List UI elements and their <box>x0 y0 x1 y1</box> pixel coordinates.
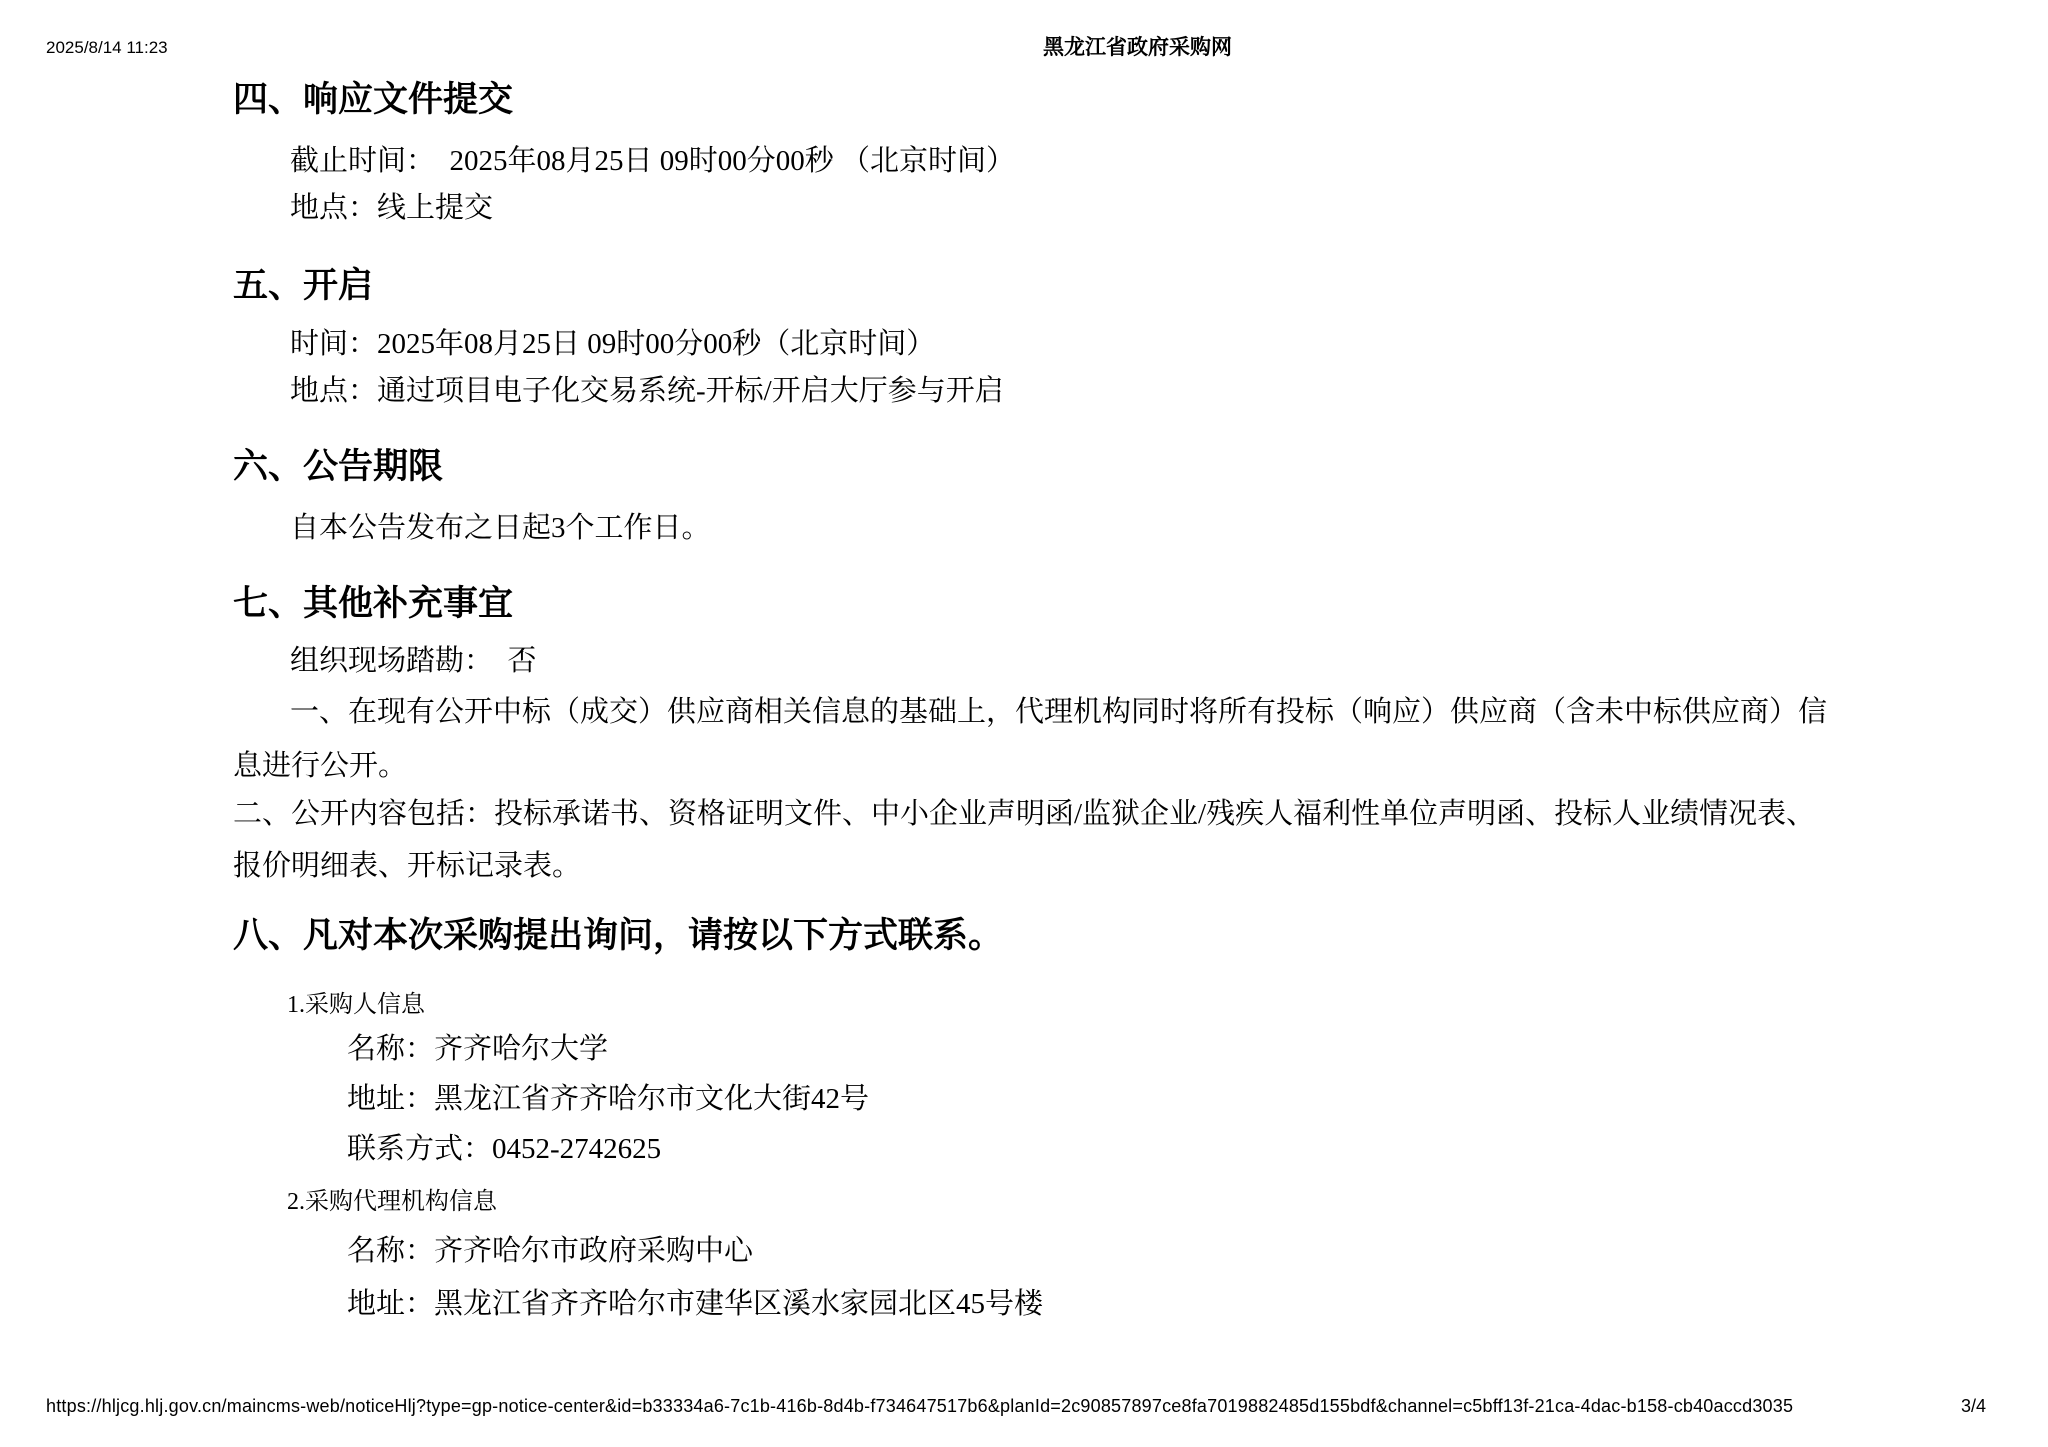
opening-location-line: 地点：通过项目电子化交易系统-开标/开启大厅参与开启 <box>290 377 1004 406</box>
submission-location-line: 地点：线上提交 <box>290 194 493 223</box>
print-page: 2025/8/14 11:23 黑龙江省政府采购网 四、响应文件提交 截止时间：… <box>0 0 2048 1447</box>
print-header-site-title: 黑龙江省政府采购网 <box>1043 31 1232 61</box>
section-heading-opening: 五、开启 <box>233 268 373 303</box>
site-survey-line: 组织现场踏勘： 否 <box>290 647 537 676</box>
section-heading-inquiry-contacts: 八、凡对本次采购提出询问，请按以下方式联系。 <box>233 918 1003 953</box>
section-heading-announcement-period: 六、公告期限 <box>233 449 443 484</box>
print-footer-url: https://hljcg.hlj.gov.cn/maincms-web/not… <box>46 1396 1793 1417</box>
other-matters-para1-line1: 一、在现有公开中标（成交）供应商相关信息的基础上，代理机构同时将所有投标（响应）… <box>290 698 1827 727</box>
purchaser-info-label: 1.采购人信息 <box>287 993 425 1017</box>
agency-info-label: 2.采购代理机构信息 <box>287 1190 497 1214</box>
section-heading-response-file-submission: 四、响应文件提交 <box>233 82 513 117</box>
announcement-period-line: 自本公告发布之日起3个工作日。 <box>290 514 711 543</box>
purchaser-address-line: 地址：黑龙江省齐齐哈尔市文化大街42号 <box>347 1085 869 1114</box>
submission-deadline-line: 截止时间： 2025年08月25日 09时00分00秒 （北京时间） <box>290 147 1015 176</box>
agency-address-line: 地址：黑龙江省齐齐哈尔市建华区溪水家园北区45号楼 <box>347 1290 1043 1319</box>
opening-time-line: 时间：2025年08月25日 09时00分00秒（北京时间） <box>290 330 935 359</box>
other-matters-para2-line1: 二、公开内容包括：投标承诺书、资格证明文件、中小企业声明函/监狱企业/残疾人福利… <box>233 800 1815 829</box>
section-heading-other-matters: 七、其他补充事宜 <box>233 586 513 621</box>
other-matters-para1-line2: 息进行公开。 <box>233 752 407 781</box>
other-matters-para2-line2: 报价明细表、开标记录表。 <box>233 852 581 881</box>
purchaser-name-line: 名称：齐齐哈尔大学 <box>347 1035 608 1064</box>
print-header-date: 2025/8/14 11:23 <box>46 38 168 58</box>
print-footer-page-indicator: 3/4 <box>1961 1396 1986 1417</box>
agency-name-line: 名称：齐齐哈尔市政府采购中心 <box>347 1237 753 1266</box>
purchaser-phone-line: 联系方式：0452-2742625 <box>347 1135 661 1164</box>
